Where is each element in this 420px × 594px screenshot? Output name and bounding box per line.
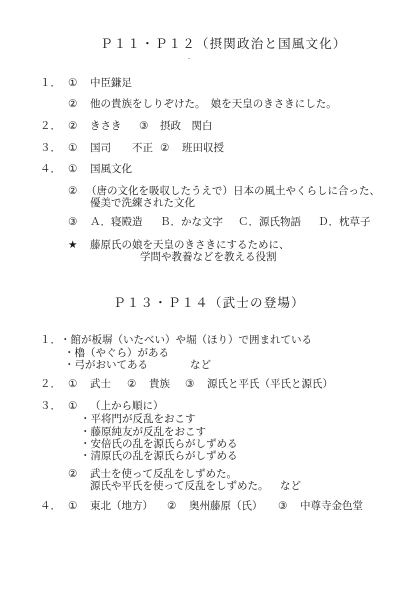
- answer-text: 班田収授: [182, 142, 224, 154]
- answer-mark: ②: [68, 185, 77, 197]
- answer-mark: ②: [160, 142, 169, 154]
- question-number: ３．: [40, 142, 61, 154]
- answer-text: Ｄ．枕草子: [318, 216, 371, 228]
- answer-text: 中臣鎌足: [90, 77, 132, 89]
- answer-text: 国風文化: [90, 163, 132, 175]
- answer-mark: ③: [278, 500, 287, 512]
- answer-mark: ③: [68, 216, 77, 228]
- answer-text: 源氏や平氏を使って反乱をしずめた。: [90, 480, 269, 492]
- answer-text: 学問や教養などを教える役割: [140, 251, 277, 263]
- answer-mark: ③: [139, 120, 148, 132]
- answer-text: Ｃ．源氏物語: [238, 216, 301, 228]
- answer-text: 国司 不正: [90, 142, 153, 154]
- section-title-2: Ｐ１３・Ｐ１４（武士の登場）: [113, 297, 305, 309]
- section-title-1: Ｐ１１・Ｐ１２（摂関政治と国風文化）: [100, 38, 347, 50]
- etc-label: など: [280, 480, 301, 492]
- answer-text: Ａ．寝殿造: [90, 216, 143, 228]
- answer-mark: ①: [68, 163, 77, 175]
- answer-mark: ①: [68, 500, 77, 512]
- answer-mark: ②: [68, 468, 77, 480]
- answer-text: 藤原氏の娘を天皇のきさきにするために、: [90, 239, 290, 251]
- answer-text: 源氏と平氏（平氏と源氏）: [207, 378, 333, 390]
- answer-mark: ②: [68, 120, 77, 132]
- bullet-item: ・櫓（やぐら）がある: [64, 347, 169, 359]
- answer-mark: ①: [68, 77, 77, 89]
- bullet-item: ・平将門が反乱をおこす: [80, 413, 196, 425]
- answer-mark: ②: [127, 378, 136, 390]
- answer-text: きさき: [90, 120, 122, 132]
- answer-mark: ③: [185, 378, 194, 390]
- etc-label: など: [190, 359, 211, 371]
- question-number: ３．: [40, 400, 61, 412]
- answer-text: 武士を使って反乱をしずめた。: [90, 468, 237, 480]
- answer-text: 中尊寺金色堂: [300, 500, 363, 512]
- answer-text: 武士: [90, 378, 111, 390]
- answer-text: Ｂ．かな文字: [160, 216, 223, 228]
- bullet-item: ・弓がおいてある: [64, 359, 148, 371]
- bullet-item: ・館が板塀（いたべい）や堀（ほり）で囲まれている: [60, 334, 312, 346]
- answer-text: 東北（地方）: [90, 500, 153, 512]
- scan-speck: [188, 58, 190, 59]
- answer-text: 他の貴族をしりぞけた。 娘を天皇のきさきにした。: [90, 98, 337, 110]
- answer-text: （唐の文化を吸収したうえで）日本の風土やくらしに合った、: [86, 185, 380, 197]
- bullet-item: ・藤原純友が反乱をおこす: [80, 426, 206, 438]
- answer-text: 貴族: [149, 378, 170, 390]
- question-number: ２．: [40, 120, 61, 132]
- answer-text: 優美で洗練された文化: [90, 197, 195, 209]
- question-number: １．: [40, 334, 61, 346]
- question-number: ４．: [40, 500, 61, 512]
- answer-mark: ②: [167, 500, 176, 512]
- star-icon: ★: [68, 239, 77, 251]
- answer-text: 摂政 関白: [160, 120, 213, 132]
- answer-mark: ①: [68, 378, 77, 390]
- bullet-item: ・清原氏の乱を源氏らがしずめる: [80, 450, 238, 462]
- answer-mark: ①: [68, 400, 77, 412]
- question-number: ２．: [40, 378, 61, 390]
- bullet-item: ・安倍氏の乱を源氏らがしずめる: [80, 438, 238, 450]
- question-number: ４．: [40, 163, 61, 175]
- answer-text: 奥州藤原（氏）: [189, 500, 263, 512]
- answer-mark: ①: [68, 142, 77, 154]
- answer-text: （上から順に）: [90, 400, 164, 412]
- answer-mark: ②: [68, 98, 77, 110]
- question-number: １．: [40, 77, 61, 89]
